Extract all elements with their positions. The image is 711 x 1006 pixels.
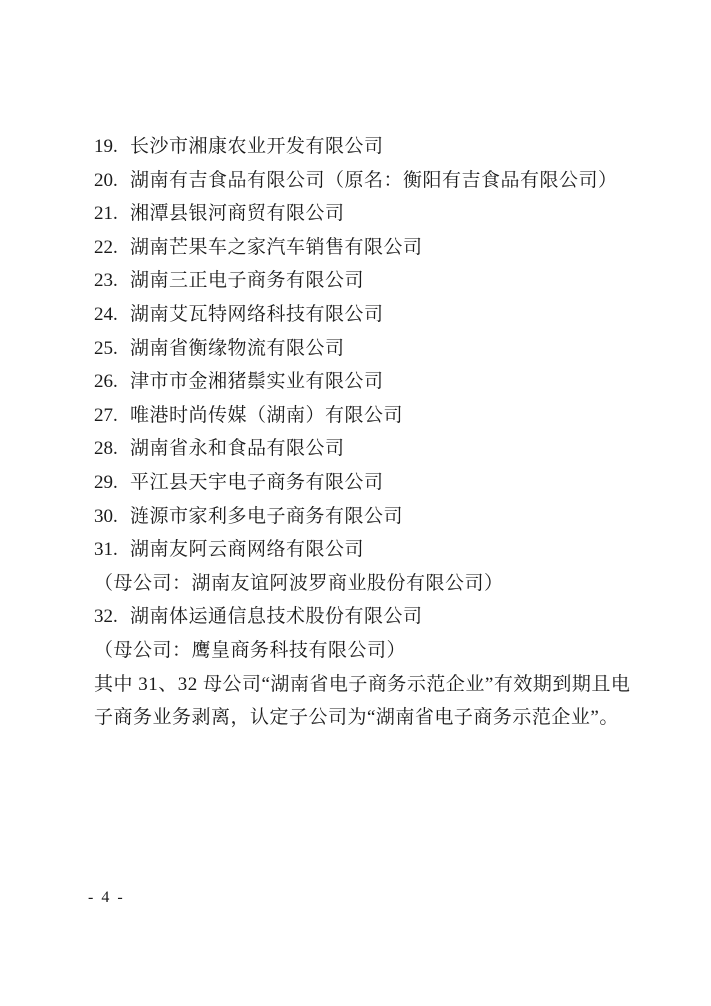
parent-company-note: （母公司：鹰皇商务科技有限公司）: [94, 634, 634, 668]
list-item: 19.长沙市湘康农业开发有限公司: [94, 130, 634, 164]
list-item: 32.湖南体运通信息技术股份有限公司: [94, 600, 634, 634]
list-item: 20.湖南有吉食品有限公司（原名：衡阳有吉食品有限公司）: [94, 164, 634, 198]
company-name: 湖南芒果车之家汽车销售有限公司: [130, 237, 423, 258]
company-name: 津市市金湘猪鬃实业有限公司: [130, 371, 384, 392]
company-name: 湖南省衡缘物流有限公司: [130, 338, 345, 359]
company-name: 湘潭县银河商贸有限公司: [130, 203, 345, 224]
list-item: 21.湘潭县银河商贸有限公司: [94, 197, 634, 231]
item-number: 32.: [94, 600, 130, 634]
closing-text: 其中 31、32 母公司“湖南省电子商务示范企业”有效期到期且电: [94, 674, 630, 695]
list-item: 30.涟源市家利多电子商务有限公司: [94, 500, 634, 534]
item-number: 20.: [94, 164, 130, 198]
document-page: 19.长沙市湘康农业开发有限公司 20.湖南有吉食品有限公司（原名：衡阳有吉食品…: [0, 0, 711, 1006]
note-text: （母公司：鹰皇商务科技有限公司）: [94, 640, 406, 661]
note-text: （母公司：湖南友谊阿波罗商业股份有限公司）: [94, 573, 504, 594]
item-number: 30.: [94, 500, 130, 534]
list-item: 24.湖南艾瓦特网络科技有限公司: [94, 298, 634, 332]
list-item: 26.津市市金湘猪鬃实业有限公司: [94, 365, 634, 399]
company-name: 长沙市湘康农业开发有限公司: [130, 136, 384, 157]
company-name: 湖南体运通信息技术股份有限公司: [130, 606, 423, 627]
closing-paragraph-line: 子商务业务剥离，认定子公司为“湖南省电子商务示范企业”。: [94, 701, 634, 735]
item-number: 23.: [94, 264, 130, 298]
company-name: 湖南三正电子商务有限公司: [130, 270, 364, 291]
item-number: 27.: [94, 399, 130, 433]
company-name: 湖南艾瓦特网络科技有限公司: [130, 304, 384, 325]
company-name: 湖南友阿云商网络有限公司: [130, 539, 364, 560]
item-number: 24.: [94, 298, 130, 332]
item-number: 26.: [94, 365, 130, 399]
list-item: 31.湖南友阿云商网络有限公司: [94, 533, 634, 567]
company-name: 涟源市家利多电子商务有限公司: [130, 506, 403, 527]
item-number: 21.: [94, 197, 130, 231]
company-name: 湖南省永和食品有限公司: [130, 438, 345, 459]
list-item: 29.平江县天宇电子商务有限公司: [94, 466, 634, 500]
parent-company-note: （母公司：湖南友谊阿波罗商业股份有限公司）: [94, 567, 634, 601]
list-item: 28.湖南省永和食品有限公司: [94, 432, 634, 466]
list-item: 25.湖南省衡缘物流有限公司: [94, 332, 634, 366]
list-item: 23.湖南三正电子商务有限公司: [94, 264, 634, 298]
company-list: 19.长沙市湘康农业开发有限公司 20.湖南有吉食品有限公司（原名：衡阳有吉食品…: [94, 130, 634, 735]
item-number: 31.: [94, 533, 130, 567]
list-item: 22.湖南芒果车之家汽车销售有限公司: [94, 231, 634, 265]
item-number: 25.: [94, 332, 130, 366]
item-number: 22.: [94, 231, 130, 265]
company-name: 唯港时尚传媒（湖南）有限公司: [130, 405, 403, 426]
closing-paragraph-line: 其中 31、32 母公司“湖南省电子商务示范企业”有效期到期且电: [94, 668, 634, 702]
page-number: - 4 -: [88, 888, 125, 908]
closing-text: 子商务业务剥离，认定子公司为“湖南省电子商务示范企业”。: [94, 707, 619, 728]
company-name: 平江县天宇电子商务有限公司: [130, 472, 384, 493]
item-number: 28.: [94, 432, 130, 466]
list-item: 27.唯港时尚传媒（湖南）有限公司: [94, 399, 634, 433]
item-number: 19.: [94, 130, 130, 164]
item-number: 29.: [94, 466, 130, 500]
company-name: 湖南有吉食品有限公司（原名：衡阳有吉食品有限公司）: [130, 170, 618, 191]
